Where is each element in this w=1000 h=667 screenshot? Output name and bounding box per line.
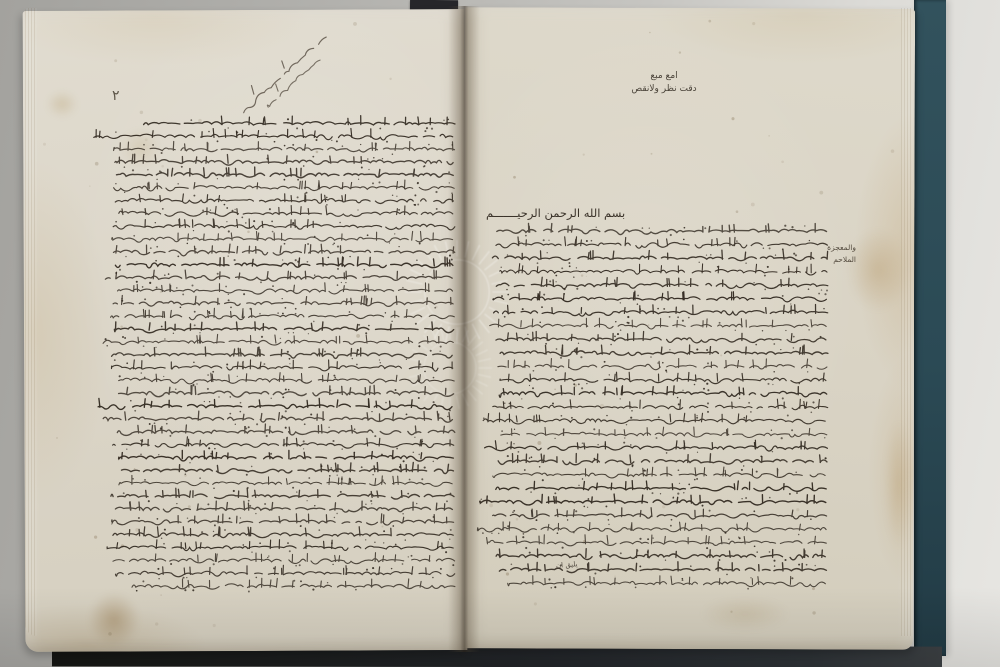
margin-gloss: والمعجزة الملاحم <box>820 242 856 266</box>
header-note-line2: دقت نظر ولانقص <box>612 83 716 96</box>
gutter-shadow <box>448 6 480 652</box>
header-note-line1: امع مبع <box>612 70 716 83</box>
opening-basmala-line: بسم الله الرحمن الرحيـــــــم <box>486 206 625 220</box>
margin-gloss-line2: الملاحم <box>820 254 856 266</box>
catchword: يليق ان <box>556 560 578 569</box>
photograph-background: ٢ امع مبع دقت نظر ولانقص بسم الله الرحمن… <box>0 0 1000 667</box>
folio-number: ٢ <box>112 88 120 104</box>
margin-gloss-line1: والمعجزة <box>820 242 856 254</box>
handwriting-layer <box>0 0 1000 667</box>
header-inspection-note: امع مبع دقت نظر ولانقص <box>612 70 716 96</box>
